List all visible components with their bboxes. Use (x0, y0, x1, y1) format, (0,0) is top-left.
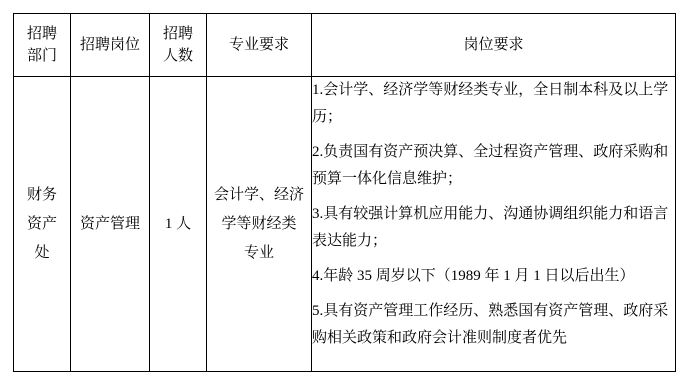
requirement-item: 3.具有较强计算机应用能力、沟通协调组织能力和语言表达能力； (312, 201, 675, 255)
cell-requirements: 1.会计学、经济学等财经类专业，全日制本科及以上学历；2.负责国有资产预决算、全… (312, 77, 676, 372)
requirement-item: 5.具有资产管理工作经历、熟悉国有资产管理、政府采购相关政策和政府会计准则制度者… (312, 298, 675, 352)
cell-major: 会计学、经济 学等财经类 专业 (207, 77, 312, 372)
cell-headcount: 1 人 (150, 77, 207, 372)
requirement-item: 2.负责国有资产预决算、全过程资产管理、政府采购和预算一体化信息维护； (312, 139, 675, 193)
requirements-list: 1.会计学、经济学等财经类专业，全日制本科及以上学历；2.负责国有资产预决算、全… (312, 77, 675, 352)
col-header-department: 招聘 部门 (14, 14, 71, 77)
cell-position: 资产管理 (71, 77, 150, 372)
col-header-major: 专业要求 (207, 14, 312, 77)
table-row: 财务 资产 处 资产管理 1 人 会计学、经济 学等财经类 专业 1.会计学、经… (14, 77, 676, 372)
table-header-row: 招聘 部门 招聘岗位 招聘 人数 专业要求 岗位要求 (14, 14, 676, 77)
col-header-position: 招聘岗位 (71, 14, 150, 77)
cell-department: 财务 资产 处 (14, 77, 71, 372)
col-header-headcount: 招聘 人数 (150, 14, 207, 77)
requirement-item: 1.会计学、经济学等财经类专业，全日制本科及以上学历； (312, 77, 675, 131)
recruitment-table: 招聘 部门 招聘岗位 招聘 人数 专业要求 岗位要求 财务 资产 处 资产管理 … (13, 13, 676, 372)
col-header-requirements: 岗位要求 (312, 14, 676, 77)
requirement-item: 4.年龄 35 周岁以下（1989 年 1 月 1 日以后出生） (312, 263, 675, 290)
